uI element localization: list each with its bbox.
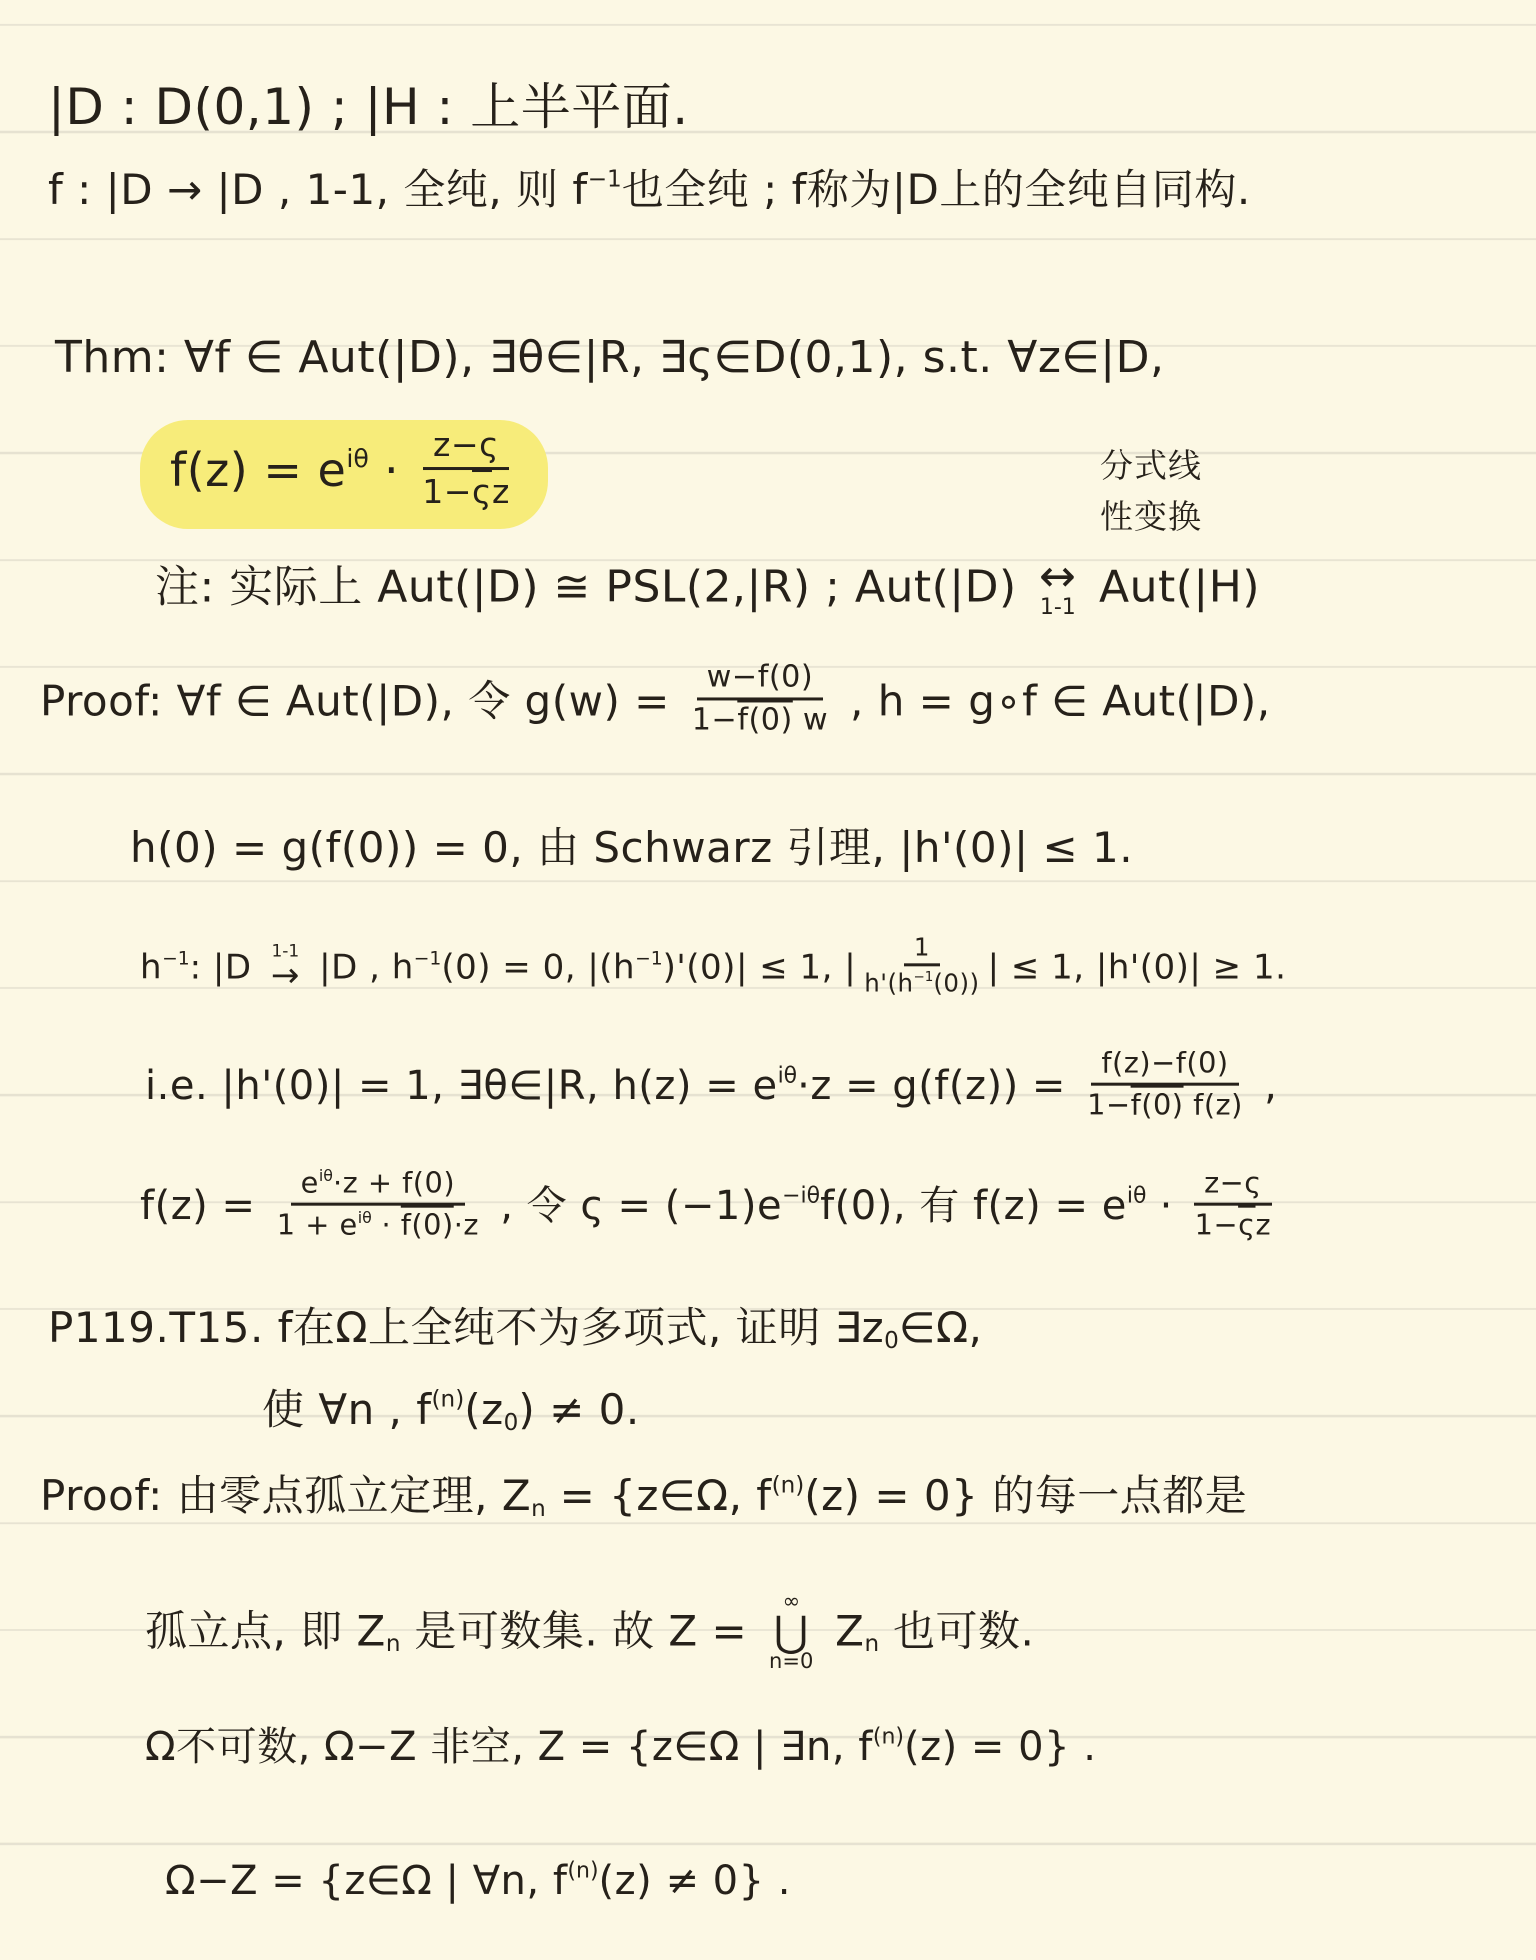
text-run: , 令 ς = (−1)e [487,1183,782,1229]
text-run: h'(h [864,969,913,998]
text-run: w [793,703,828,738]
superscript: −iθ [782,1184,820,1209]
overline-term: f(0) [737,703,792,738]
union-operator: ⋃ [774,1612,809,1652]
superscript: iθ [778,1064,798,1089]
text-run: e [301,1166,319,1200]
text-run: 也可数. [879,1606,1034,1655]
fraction-denominator: 1−f(0) w [692,701,828,739]
line-p119: P119.T15. f在Ω上全纯不为多项式, 证明 ∃z0∈Ω, [48,1302,982,1356]
superscript: (n) [567,1859,598,1884]
text-run: , [1251,1063,1277,1109]
text-run: 1− [422,472,472,511]
operator-bottom-label: 1-1 [1040,598,1076,619]
text-run: | ≤ 1, |h'(0)| ≥ 1. [988,947,1287,987]
overline-term: ς [1238,1207,1255,1241]
line-omega-minus-z: Ω−Z = {z∈Ω | ∀n, f(n)(z) ≠ 0} . [165,1856,791,1906]
text-run: 是可数集. 故 Z = [400,1606,761,1655]
operator-bottom-label: n=0 [769,1652,813,1672]
notebook-sheet: 分式线 性变换 |D : D(0,1) ; |H : 上半平面.f : |D →… [0,0,1536,1960]
line-definitions: |D : D(0,1) ; |H : 上半平面. [48,76,689,139]
superscript: (n) [873,1725,904,1750]
line-uncountable: Ω不可数, Ω−Z 非空, Z = {z∈Ω | ∃n, f(n)(z) = 0… [145,1722,1096,1772]
line-proof-2: Proof: 由零点孤立定理, Zn = {z∈Ω, f(n)(z) = 0} … [40,1470,1247,1524]
annotation-line2: 性变换 [1100,491,1202,542]
fraction: z−ς1−ςz [1194,1166,1272,1242]
fraction-denominator: 1−ςz [1195,1205,1271,1242]
text-run: Ω不可数, Ω−Z 非空, Z = {z∈Ω | ∃n, f [145,1724,873,1770]
text-run: (0) = 0, |(h [441,947,635,987]
text-run: ) ≠ 0. [518,1385,639,1434]
overline-term: f(0) [1131,1087,1184,1121]
fraction-numerator: eiθ·z + f(0) [291,1166,465,1206]
line-fz: f(z) = eiθ·z + f(0)1 + eiθ · f(0)·z , 令 … [140,1170,1280,1246]
text-run: · [372,1207,401,1241]
text-run: i.e. |h'(0)| = 1, ∃θ∈|R, h(z) = e [145,1063,778,1109]
line-mobius-formula: f(z) = eiθ · z−ς1−ςz [140,420,548,529]
text-run: f(z)−f(0) [1101,1046,1228,1080]
labeled-operator: ↔1-1 [1039,556,1076,619]
superscript: −1 [635,948,663,969]
superscript: iθ [358,1207,372,1226]
text-run: z−ς [1204,1166,1262,1200]
suberscript: n [386,1631,401,1657]
text-run: 孤立点, 即 Z [145,1606,386,1655]
text-run: P119.T15. f在Ω上全纯不为多项式, 证明 ∃z [48,1303,884,1352]
text-run: (0)) [933,969,979,998]
text-run: 1− [692,703,738,738]
superscript: iθ [319,1166,333,1185]
fraction: 1h'(h−1(0)) [864,932,979,998]
fraction: eiθ·z + f(0)1 + eiθ · f(0)·z [277,1166,479,1242]
fraction-numerator: z−ς [423,425,509,470]
text-run: f(z) [1184,1087,1243,1121]
fraction: z−ς1−ςz [422,425,510,511]
line-isolated: 孤立点, 即 Zn 是可数集. 故 Z = ∞⋃n=0 Zn 也可数. [145,1594,1034,1674]
text-run: (z) = 0} . [904,1724,1096,1770]
text-run: z−ς [433,425,499,464]
text-run: f(z) = [140,1183,269,1229]
annotation-line1: 分式线 [1100,440,1202,491]
text-run: |D : D(0,1) ; |H : 上半平面. [48,78,689,136]
fraction-numerator: z−ς [1194,1166,1272,1206]
text-run: 注: 实际上 Aut(|D) ≅ PSL(2,|R) ; Aut(|D) [155,561,1031,612]
annotation-mobius-transform: 分式线 性变换 [1100,440,1202,542]
fraction-denominator: 1 + eiθ · f(0)·z [277,1205,479,1242]
superscript: iθ [346,444,369,473]
superscript: (n) [432,1387,465,1413]
superscript: (n) [772,1473,805,1499]
line-ie: i.e. |h'(0)| = 1, ∃θ∈|R, h(z) = eiθ·z = … [145,1050,1277,1126]
line-theorem: Thm: ∀f ∈ Aut(|D), ∃θ∈|R, ∃ς∈D(0,1), s.t… [55,330,1164,385]
line-schwarz: h(0) = g(f(0)) = 0, 由 Schwarz 引理, |h'(0)… [130,822,1133,875]
text-run: 1 + e [277,1207,358,1241]
text-run: , h = g∘f ∈ Aut(|D), [836,676,1271,725]
text-run: Thm: ∀f ∈ Aut(|D), ∃θ∈|R, ∃ς∈D(0,1), s.t… [55,332,1164,383]
text-run: 使 ∀n , f [262,1385,432,1434]
text-run: (z [464,1385,503,1434]
text-run: 1− [1195,1207,1238,1241]
suberscript: 0 [504,1410,519,1436]
suberscript: 0 [884,1328,899,1354]
text-run: f(0), 有 f(z) = e [820,1183,1127,1229]
text-run: h(0) = g(f(0)) = 0, 由 Schwarz 引理, |h'(0)… [130,823,1133,872]
text-run: w−f(0) [707,659,814,694]
labeled-operator: ∞⋃n=0 [769,1592,813,1672]
line-p119-2: 使 ∀n , f(n)(z0) ≠ 0. [262,1384,640,1438]
text-run: Aut(|H) [1085,561,1260,612]
text-run: : |D [190,947,263,987]
fraction-numerator: w−f(0) [697,659,824,700]
text-run: Ω−Z = {z∈Ω | ∀n, f [165,1858,567,1904]
arrow-symbol: → [271,959,300,991]
labeled-operator: 1-1→ [271,943,300,991]
suberscript: n [531,1496,546,1522]
text-run: = {z∈Ω, f [546,1471,772,1520]
text-run: ·z [454,1207,479,1241]
fraction-numerator: 1 [904,932,940,966]
text-run: 1 [914,932,930,961]
text-run: 1− [1087,1087,1130,1121]
text-run: Z [821,1606,864,1655]
text-run: h [140,947,162,987]
text-run: · [1146,1183,1186,1229]
text-run: ·z = g(f(z)) = [797,1063,1079,1109]
fraction-numerator: f(z)−f(0) [1091,1046,1238,1086]
text-run: · [369,443,414,497]
arrow-symbol: ↔ [1039,556,1076,598]
fraction: w−f(0)1−f(0) w [692,659,828,739]
suberscript: n [864,1631,879,1657]
text-run: Proof: 由零点孤立定理, Z [40,1471,531,1520]
text-run: z [492,472,510,511]
text-run: (z) ≠ 0} . [599,1858,791,1904]
superscript: −1 [414,948,442,969]
text-run: z [1256,1207,1272,1241]
text-run: (z) = 0} 的每一点都是 [804,1471,1247,1520]
text-run: |D , h [308,947,414,987]
fraction-denominator: 1−ςz [422,470,510,512]
fraction-denominator: 1−f(0) f(z) [1087,1085,1243,1122]
superscript: −1 [588,167,622,193]
overline-term: ς [472,472,492,511]
line-automorphism-def: f : |D → |D , 1-1, 全纯, 则 f−1也全纯 ; f称为|D上… [48,164,1251,217]
text-run: )'(0)| ≤ 1, | [663,947,857,987]
line-proof-1: Proof: ∀f ∈ Aut(|D), 令 g(w) = w−f(0)1−f(… [40,664,1271,744]
line-inverse: h−1: |D 1-1→ |D , h−1(0) = 0, |(h−1)'(0)… [140,936,1286,1002]
text-run: ∈Ω, [899,1303,983,1352]
superscript: −1 [162,948,190,969]
text-run: f : |D → |D , 1-1, 全纯, 则 f [48,165,588,214]
text-run: 也全纯 ; f称为|D上的全纯自同构. [622,165,1251,214]
text-run: f(z) = e [170,443,346,497]
fraction-denominator: h'(h−1(0)) [864,967,979,998]
superscript: iθ [1127,1184,1147,1209]
text-run: Proof: ∀f ∈ Aut(|D), 令 g(w) = [40,676,684,725]
superscript: −1 [914,971,934,986]
overline-term: f(0) [401,1207,454,1241]
line-note-psl: 注: 实际上 Aut(|D) ≅ PSL(2,|R) ; Aut(|D) ↔1-… [155,558,1260,621]
fraction: f(z)−f(0)1−f(0) f(z) [1087,1046,1243,1122]
text-run: ·z + f(0) [333,1166,455,1200]
